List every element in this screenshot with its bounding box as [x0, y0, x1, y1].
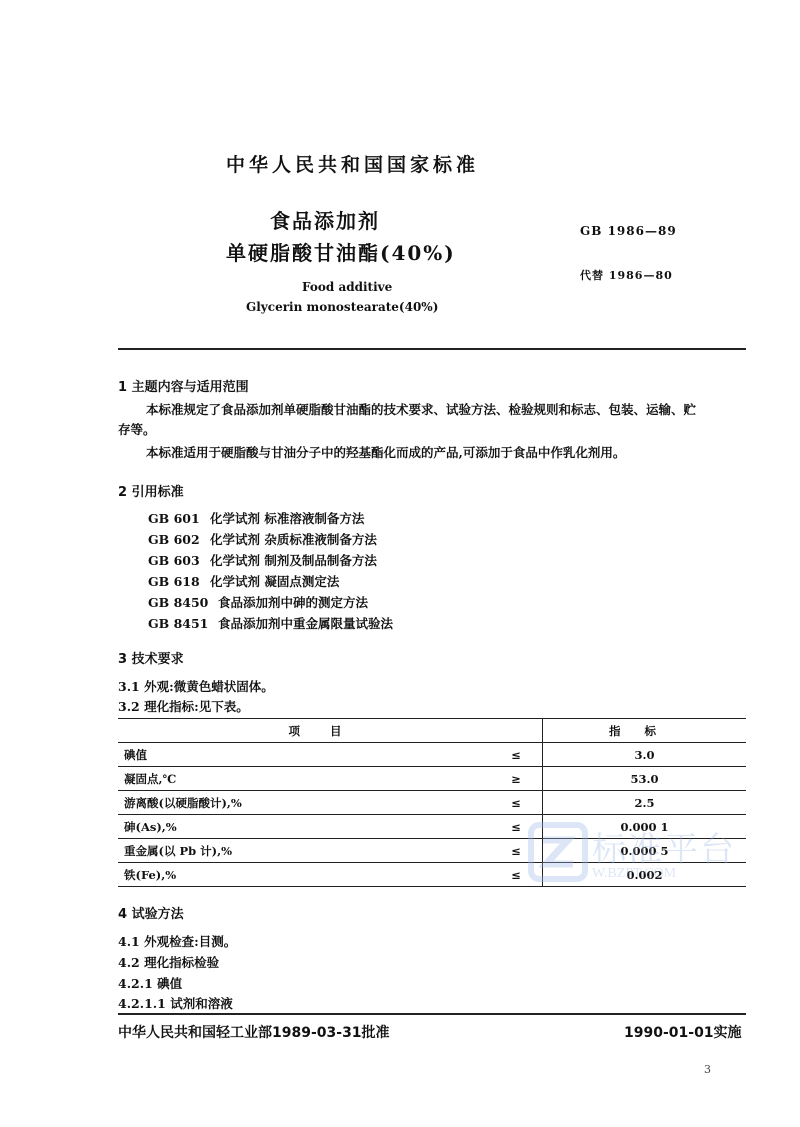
- table-row: 铁(Fe),% ≤ 0.002: [118, 863, 746, 887]
- value-cell: 0.000 1: [543, 815, 747, 839]
- reference-item: GB 8451食品添加剂中重金属限量试验法: [148, 614, 393, 632]
- reference-item: GB 602化学试剂 杂质标准液制备方法: [148, 530, 377, 548]
- comparator-cell: ≤: [490, 815, 543, 839]
- bottom-divider: [118, 1013, 746, 1015]
- section-1-para-1-cont: 存等。: [118, 420, 156, 440]
- section-1-heading: 1 主题内容与适用范围: [118, 376, 249, 395]
- national-standard-heading: 中华人民共和国国家标准: [226, 150, 479, 177]
- standard-number: GB 1986—89: [580, 224, 677, 238]
- comparator-cell: ≤: [490, 863, 543, 887]
- table-row: 砷(As),% ≤ 0.000 1: [118, 815, 746, 839]
- requirements-table: 项目 指标 碘值 ≤ 3.0 凝固点,℃ ≥ 53.0 游离酸(以硬脂酸计),%…: [118, 718, 746, 887]
- reference-title: 化学试剂 标准溶液制备方法: [210, 511, 364, 526]
- top-divider: [118, 348, 746, 350]
- reference-item: GB 601化学试剂 标准溶液制备方法: [148, 509, 364, 527]
- table-row: 重金属(以 Pb 计),% ≤ 0.000 5: [118, 839, 746, 863]
- section-4-item-1: 4.1 外观检查:目测。: [118, 932, 236, 952]
- english-title-line-2: Glycerin monostearate(40%): [246, 300, 438, 314]
- section-3-item-1: 3.1 外观:微黄色蜡状固体。: [118, 677, 274, 697]
- item-cell: 游离酸(以硬脂酸计),%: [118, 791, 490, 815]
- comparator-cell: ≤: [490, 839, 543, 863]
- reference-title: 化学试剂 制剂及制品制备方法: [210, 553, 377, 568]
- column-header-item: 项目: [118, 719, 543, 743]
- reference-code: GB 603: [148, 553, 210, 568]
- section-3-item-2: 3.2 理化指标:见下表。: [118, 697, 249, 717]
- section-3-heading: 3 技术要求: [118, 648, 184, 667]
- reference-title: 食品添加剂中重金属限量试验法: [218, 616, 393, 631]
- table-row: 碘值 ≤ 3.0: [118, 743, 746, 767]
- value-cell: 0.002: [543, 863, 747, 887]
- comparator-cell: ≤: [490, 791, 543, 815]
- section-4-item-3: 4.2.1 碘值: [118, 974, 182, 994]
- table-row: 凝固点,℃ ≥ 53.0: [118, 767, 746, 791]
- replaces-standard: 代替 1986—80: [580, 267, 673, 283]
- reference-item: GB 618化学试剂 凝固点测定法: [148, 572, 339, 590]
- reference-code: GB 618: [148, 574, 210, 589]
- column-header-value: 指标: [543, 719, 747, 743]
- value-cell: 2.5: [543, 791, 747, 815]
- section-4-heading: 4 试验方法: [118, 903, 184, 922]
- item-cell: 铁(Fe),%: [118, 863, 490, 887]
- effective-date: 1990-01-01实施: [624, 1022, 742, 1042]
- reference-item: GB 8450食品添加剂中砷的测定方法: [148, 593, 368, 611]
- reference-title: 化学试剂 凝固点测定法: [210, 574, 339, 589]
- section-2-heading: 2 引用标准: [118, 481, 184, 500]
- section-4-item-2: 4.2 理化指标检验: [118, 953, 219, 973]
- comparator-cell: ≥: [490, 767, 543, 791]
- english-title-line-1: Food additive: [302, 280, 392, 294]
- value-cell: 0.000 5: [543, 839, 747, 863]
- table-row: 游离酸(以硬脂酸计),% ≤ 2.5: [118, 791, 746, 815]
- page-number: 3: [704, 1063, 711, 1076]
- reference-item: GB 603化学试剂 制剂及制品制备方法: [148, 551, 377, 569]
- value-cell: 53.0: [543, 767, 747, 791]
- approval-date: 中华人民共和国轻工业部1989-03-31批准: [118, 1022, 390, 1042]
- section-1-para-2: 本标准适用于硬脂酸与甘油分子中的羟基酯化而成的产品,可添加于食品中作乳化剂用。: [146, 443, 625, 463]
- reference-title: 化学试剂 杂质标准液制备方法: [210, 532, 377, 547]
- reference-title: 食品添加剂中砷的测定方法: [218, 595, 368, 610]
- reference-code: GB 602: [148, 532, 210, 547]
- item-cell: 凝固点,℃: [118, 767, 490, 791]
- item-cell: 重金属(以 Pb 计),%: [118, 839, 490, 863]
- reference-code: GB 8451: [148, 616, 218, 631]
- item-cell: 砷(As),%: [118, 815, 490, 839]
- table-header-row: 项目 指标: [118, 719, 746, 743]
- section-4-item-4: 4.2.1.1 试剂和溶液: [118, 994, 233, 1014]
- section-1-para-1: 本标准规定了食品添加剂单硬脂酸甘油酯的技术要求、试验方法、检验规则和标志、包装、…: [146, 400, 696, 420]
- value-cell: 3.0: [543, 743, 747, 767]
- reference-code: GB 8450: [148, 595, 218, 610]
- title-line-1: 食品添加剂: [270, 205, 380, 234]
- title-line-2: 单硬脂酸甘油酯(40%): [226, 237, 456, 266]
- comparator-cell: ≤: [490, 743, 543, 767]
- item-cell: 碘值: [118, 743, 490, 767]
- reference-code: GB 601: [148, 511, 210, 526]
